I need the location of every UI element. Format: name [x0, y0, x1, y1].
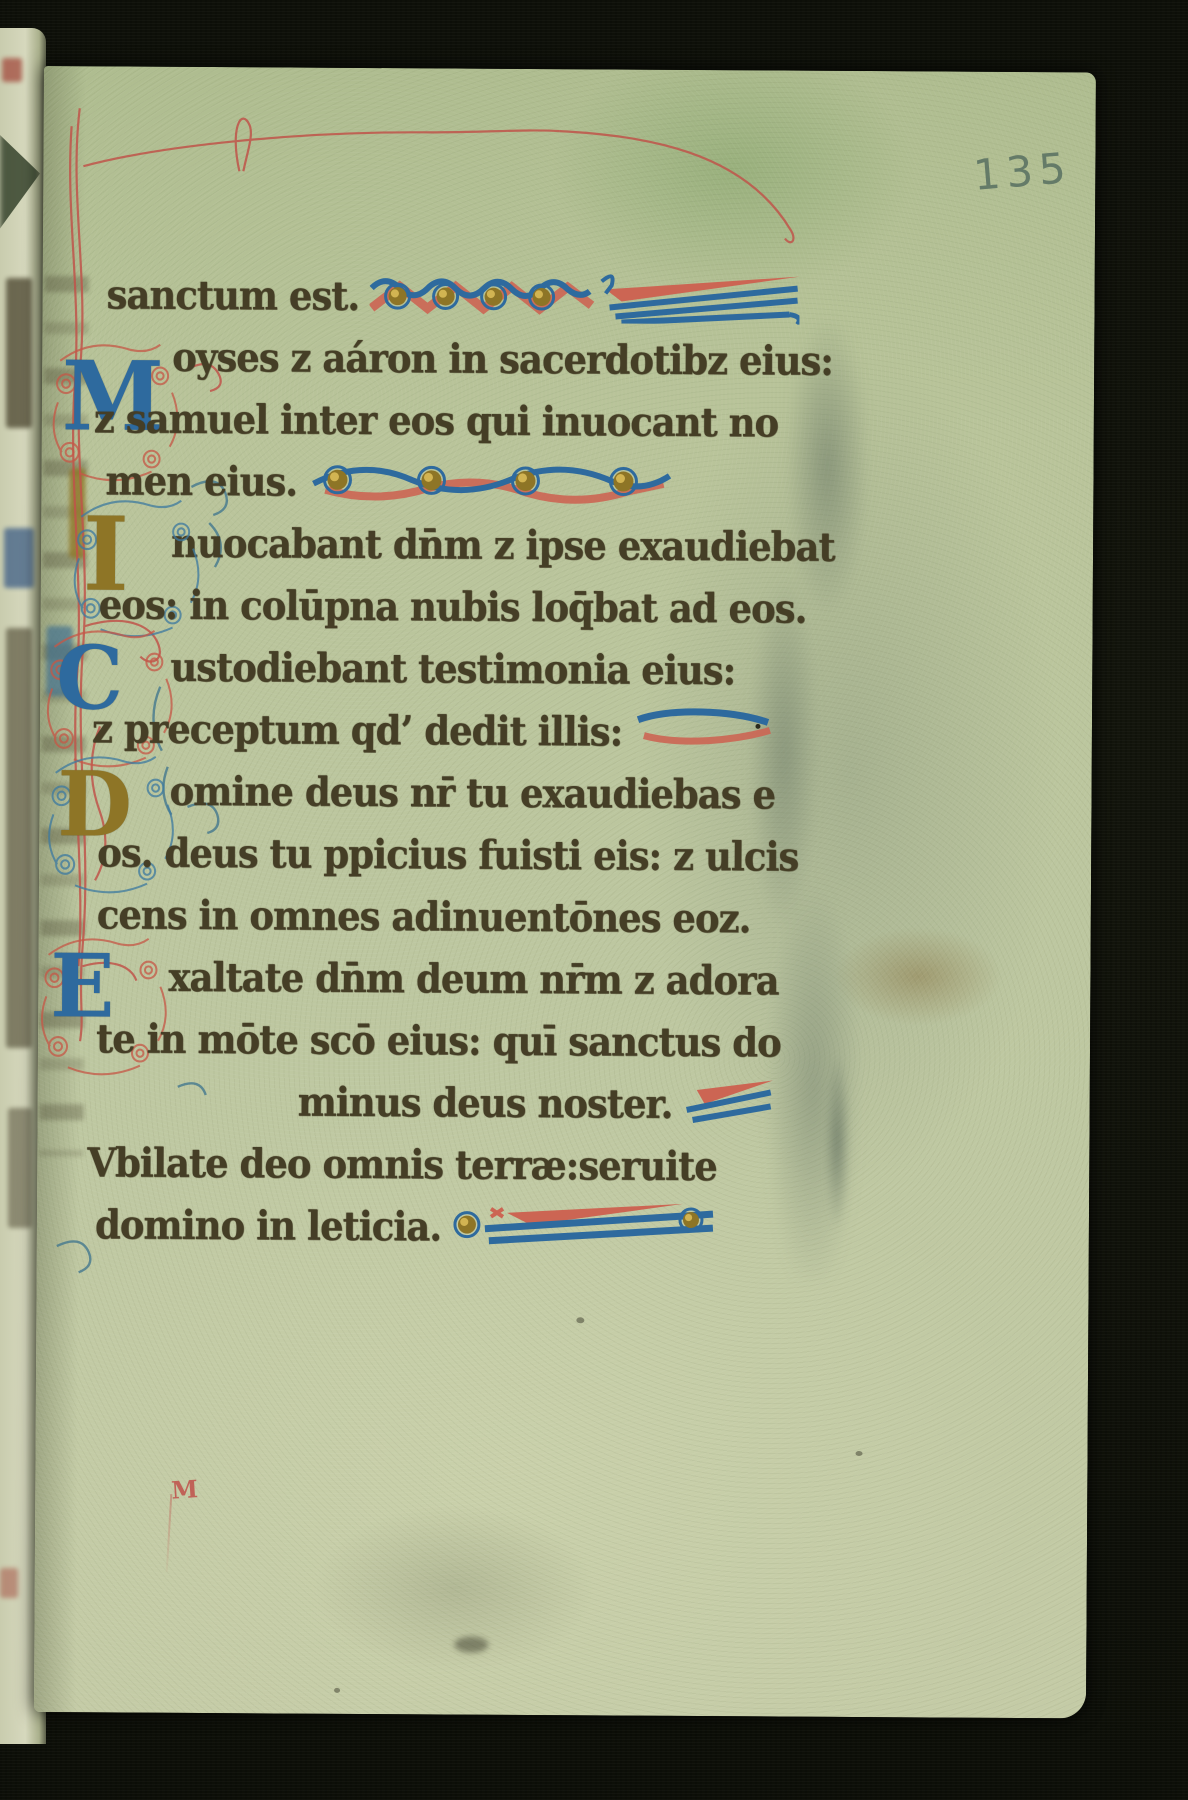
manuscript-line-text: cens in omnes adinuentōnes eoz.: [97, 891, 751, 943]
manuscript-page: 135 sanctum est.oyses z aáron in sacerdo…: [34, 66, 1096, 1718]
manuscript-line-text: os. deus tu ppicius fuisti eis: z ulcis: [97, 829, 798, 881]
text-block: sanctum est.oyses z aáron in sacerdotibz…: [107, 266, 807, 270]
folio-number: 135: [972, 141, 1096, 200]
manuscript-line-7: ustodiebant testimonia eius:: [170, 639, 735, 698]
manuscript-line-text: domino in leticia.: [95, 1201, 442, 1251]
ink-speck: [856, 1451, 863, 1456]
manuscript-line-11: cens in omnes adinuentōnes eoz.: [97, 886, 751, 946]
manuscript-line-text: xaltate dn̄m deum nr̄m z adora: [168, 953, 778, 1004]
ink-speck: [454, 1637, 488, 1653]
manuscript-line-2: oyses z aáron in sacerdotibz eius:: [172, 329, 833, 389]
manuscript-line-text: ustodiebant testimonia eius:: [170, 643, 735, 694]
manuscript-line-text: z samuel inter eos qui inuocant no: [94, 395, 779, 447]
manuscript-line-text: Vbilate deo omnis terræ:seruite: [87, 1139, 717, 1190]
showthrough-red-smudge: [2, 58, 22, 82]
showthrough-text-smudge: [4, 528, 34, 588]
manuscript-line-text: te in mōte scō eius: quī sanctus do: [96, 1015, 781, 1067]
ink-speck: [576, 1317, 584, 1323]
manuscript-line-12: xaltate dn̄m deum nr̄m z adora: [168, 949, 778, 1009]
manuscript-line-15: Vbilate deo omnis terræ:seruite: [87, 1134, 717, 1194]
manuscript-line-3: z samuel inter eos qui inuocant no: [94, 390, 779, 450]
showthrough-text-smudge: [8, 1108, 32, 1228]
manuscript-line-text: omine deus nr̄ tu exaudiebas e: [169, 767, 775, 818]
manuscript-line-text: minus deus noster.: [298, 1078, 673, 1128]
line-filler-end2: [451, 1201, 719, 1255]
line-filler-wave: [307, 456, 677, 510]
ink-speck: [334, 1688, 340, 1693]
showthrough-text-smudge: [6, 278, 32, 428]
manuscript-line-13: te in mōte scō eius: quī sanctus do: [96, 1010, 781, 1070]
manuscript-line-6: eos: in colūpna nubis loq̄bat ad eos.: [99, 576, 807, 636]
manuscript-line-1: sanctum est.: [106, 266, 799, 326]
line-filler-short: [632, 706, 772, 759]
line-filler-chain: [369, 270, 799, 325]
manuscript-line-8: z preceptum qd’ dedit illis:: [92, 700, 773, 760]
manuscript-line-text: nuocabant dn̄m z ipse exaudiebat: [171, 519, 835, 571]
manuscript-line-5: nuocabant dn̄m z ipse exaudiebat: [171, 515, 835, 575]
showthrough-red-smudge: [0, 1568, 18, 1598]
margin-red-mark: M: [170, 1474, 198, 1505]
manuscript-line-14: minus deus noster.: [298, 1074, 775, 1133]
manuscript-line-9: omine deus nr̄ tu exaudiebas e: [169, 763, 775, 823]
photo-background: 135 sanctum est.oyses z aáron in sacerdo…: [0, 0, 1188, 1800]
line-filler-end: [682, 1078, 774, 1131]
manuscript-line-10: os. deus tu ppicius fuisti eis: z ulcis: [97, 824, 798, 884]
manuscript-line-text: oyses z aáron in sacerdotibz eius:: [172, 333, 833, 385]
gutter-shadow: [0, 124, 40, 234]
manuscript-line-text: eos: in colūpna nubis loq̄bat ad eos.: [99, 581, 807, 633]
manuscript-line-text: sanctum est.: [106, 271, 359, 320]
grey-stain-tail: [807, 1011, 869, 1271]
manuscript-line-16: domino in leticia.: [95, 1196, 720, 1256]
